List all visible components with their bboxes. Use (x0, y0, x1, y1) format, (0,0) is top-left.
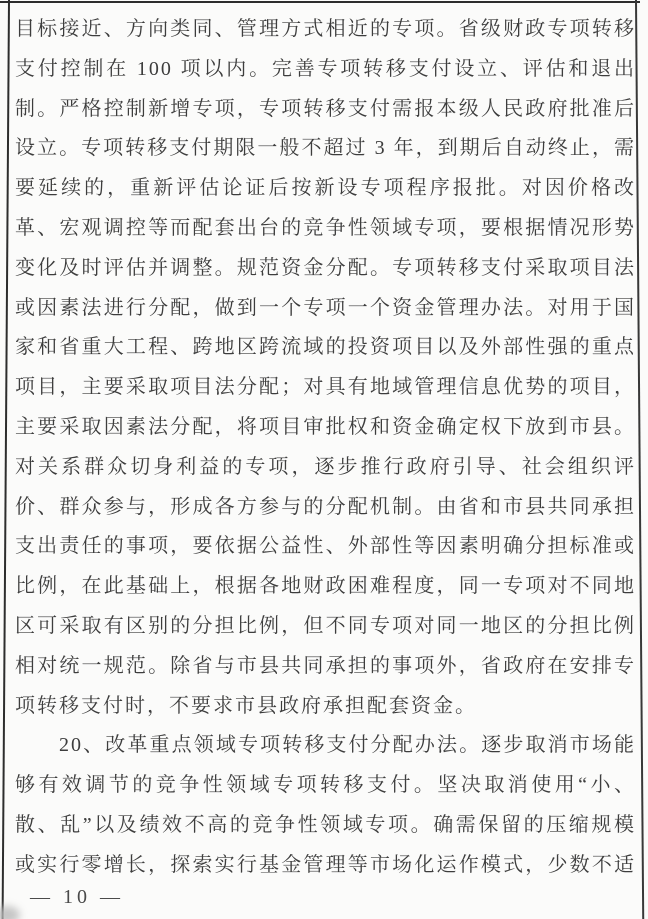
page-border-right (635, 0, 644, 919)
text-line: 相对统一规范。除省与市县共同承担的事项外，省政府在安排专 (15, 647, 636, 687)
text-line: 比例，在此基础上，根据各地财政困难程度，同一专项对不同地 (15, 567, 636, 607)
text-line: 目标接近、方向类同、管理方式相近的专项。省级财政专项转移 (15, 10, 636, 50)
text-line-paragraph-end: 项转移支付时，不要求市县政府承担配套资金。 (15, 687, 636, 727)
text-line: 支出责任的事项，要依据公益性、外部性等因素明确分担标准或 (15, 527, 636, 567)
text-line: 制。严格控制新增专项，专项转移支付需报本级人民政府批准后 (15, 90, 636, 130)
text-line: 项目，主要采取项目法分配；对具有地域管理信息优势的项目， (15, 368, 636, 408)
text-line: 革、宏观调控等而配套出台的竞争性领域专项，要根据情况形势 (15, 209, 636, 249)
page-number: — 10 — (30, 886, 124, 909)
text-line: 要延续的，重新评估论证后按新设专项程序报批。对因价格改 (15, 169, 636, 209)
text-line: 支付控制在 100 项以内。完善专项转移支付设立、评估和退出机 (15, 50, 636, 90)
page-border-top (0, 1, 640, 3)
text-line: 家和省重大工程、跨地区跨流域的投资项目以及外部性强的重点 (15, 328, 636, 368)
text-line: 区可采取有区别的分担比例，但不同专项对同一地区的分担比例 (15, 607, 636, 647)
text-line: 对关系群众切身利益的专项，逐步推行政府引导、社会组织评 (15, 448, 636, 488)
document-page: 目标接近、方向类同、管理方式相近的专项。省级财政专项转移 支付控制在 100 项… (0, 0, 648, 919)
scan-smudge (0, 906, 20, 919)
text-line: 或因素法进行分配，做到一个专项一个资金管理办法。对用于国 (15, 289, 636, 329)
text-line: 主要采取因素法分配，将项目审批权和资金确定权下放到市县。 (15, 408, 636, 448)
text-line: 设立。专项转移支付期限一般不超过 3 年，到期后自动终止，需 (15, 129, 636, 169)
text-line: 散、乱”以及绩效不高的竞争性领域专项。确需保留的压缩规模 (15, 806, 636, 846)
text-line: 够有效调节的竞争性领域专项转移支付。坚决取消使用“小、 (15, 766, 636, 806)
text-line: 或实行零增长，探索实行基金管理等市场化运作模式，少数不适 (15, 846, 636, 886)
text-line: 价、群众参与，形成各方参与的分配机制。由省和市县共同承担 (15, 488, 636, 528)
page-content: 目标接近、方向类同、管理方式相近的专项。省级财政专项转移 支付控制在 100 项… (15, 10, 636, 886)
text-line: 变化及时评估并调整。规范资金分配。专项转移支付采取项目法 (15, 249, 636, 289)
text-line-paragraph-start: 20、改革重点领域专项转移支付分配办法。逐步取消市场能 (15, 726, 636, 766)
page-border-left (2, 0, 10, 919)
